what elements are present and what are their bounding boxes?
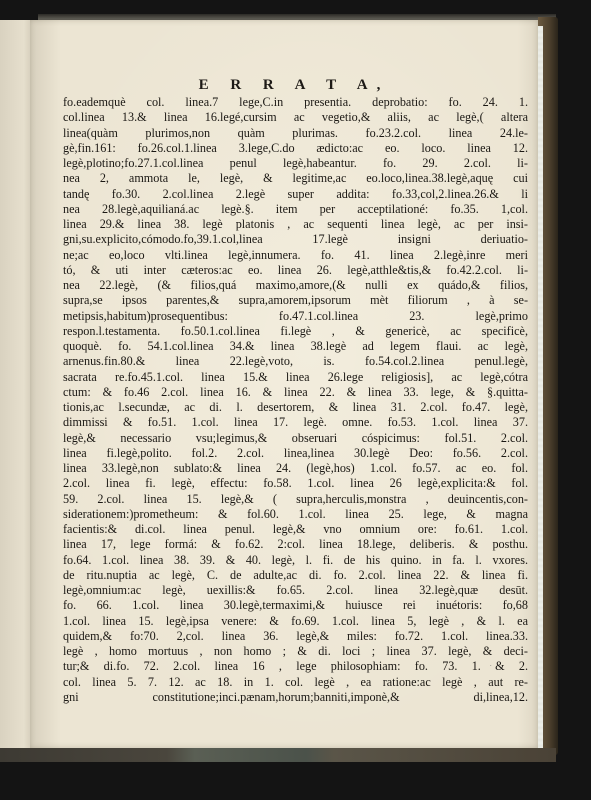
errata-line: linea fi.legè,polito. fol.2. 2.col. line…	[63, 446, 528, 461]
errata-line: legè,plotino;fo.27.1.col.linea penul leg…	[63, 156, 528, 171]
errata-line: de ritu.nuptia ac legè, C. de adulte,ac …	[63, 568, 528, 583]
errata-line: col. linea 5. 7. 12. ac 18. in 1. col. l…	[63, 675, 528, 690]
errata-line: metipsis,habitum)prosequentibus: fo.47.1…	[63, 309, 528, 324]
errata-line: fo. 66. 1.col. linea 30.legè,termaximi,&…	[63, 598, 528, 613]
errata-line: arnenus.fin.80.& linea 22.legè,voto, is.…	[63, 354, 528, 369]
errata-line: linea 17, lege formá: & fo.62. 2:col. li…	[63, 537, 528, 552]
errata-line: linea 29.& linea 38. legè platonis , ac …	[63, 217, 528, 232]
errata-line: 59. 2.col. linea 15. legè,& ( supra,herc…	[63, 492, 528, 507]
errata-line: ne;ac eo,loco vlti.linea legè,innumera. …	[63, 248, 528, 263]
errata-line: 1.col. linea 15. legè,ipsa venere: & fo.…	[63, 614, 528, 629]
errata-line: tandę fo.30. 2.col.linea 2.legè super ad…	[63, 187, 528, 202]
errata-line: gè,fin.161: fo.26.col.1.linea 3.lege,C.d…	[63, 141, 528, 156]
errata-line: nea 28.legè,aquilianá.ac legè.§. item pe…	[63, 202, 528, 217]
errata-line: gni constitutione;inci.pænam,horum;banni…	[63, 690, 528, 705]
errata-line: col.linea 13.& linea 16.legé,cursim ac v…	[63, 110, 528, 125]
book-board-bottom	[0, 748, 556, 762]
errata-line: siderationem:)prometheum: & fol.60. 1.co…	[63, 507, 528, 522]
errata-line: tó, & uti inter cæteros:ac eo. linea 26.…	[63, 263, 528, 278]
errata-line: tionis,ac l.secundæ, ac di. l. desertore…	[63, 400, 528, 415]
errata-page: E R R A T A, fo.eademquè col. linea.7 le…	[30, 20, 538, 748]
errata-line: facientis:& di.col. linea penul. legè,& …	[63, 522, 528, 537]
errata-line: sacrata re.fo.45.1.col. linea 15.& linea…	[63, 370, 528, 385]
errata-line: nea 2, ammota le, legè, & legitime,ac eo…	[63, 171, 528, 186]
errata-line: linea 33.legè,non sublato:& linea 24. (l…	[63, 461, 528, 476]
errata-line: quoquè. fo. 54.1.col.linea 34.& linea 38…	[63, 339, 528, 354]
errata-line: respon.l.testamenta. fo.50.1.col.linea f…	[63, 324, 528, 339]
errata-line: legè,& necessario vsu;legimus,& obseruar…	[63, 431, 528, 446]
errata-line: legè , homo mortuus , non homo ; & di. l…	[63, 644, 528, 659]
errata-line: gni,su.explicito,cómodo.fo,39.1.col,line…	[63, 232, 528, 247]
page-signature-mark: ·	[490, 662, 492, 670]
errata-line: nea 22.legè, (& filios,quá maximo,amore,…	[63, 278, 528, 293]
errata-line: fo.64. 1.col. linea 38. 39. & 40. legè, …	[63, 553, 528, 568]
errata-text-block: fo.eademquè col. linea.7 lege,C.in prese…	[63, 95, 528, 705]
errata-line: quidem,& fo:70. 2,col. linea 36. legè,& …	[63, 629, 528, 644]
errata-line: ctum: & fo.46 2.col. linea 16. & linea 2…	[63, 385, 528, 400]
errata-line: dimmissi & fo.51. 1.col. linea 17. legè.…	[63, 415, 528, 430]
facing-page-edge	[0, 20, 34, 750]
errata-line: fo.eademquè col. linea.7 lege,C.in prese…	[63, 95, 528, 110]
errata-line: linea(quàm plurimos,non quàm plurimas. f…	[63, 126, 528, 141]
errata-line: 2.col. linea fi. legè, effectu: fo.58. 1…	[63, 476, 528, 491]
errata-line: supra,se ipsos parentes,& supra,amorem,i…	[63, 293, 528, 308]
page-heading: E R R A T A,	[30, 77, 538, 94]
errata-line: legè,omnium:ac legè, uexillis:& fo.65. 2…	[63, 583, 528, 598]
errata-line: tur;& di.fo. 72. 2.col. linea 16 , lege …	[63, 659, 528, 674]
